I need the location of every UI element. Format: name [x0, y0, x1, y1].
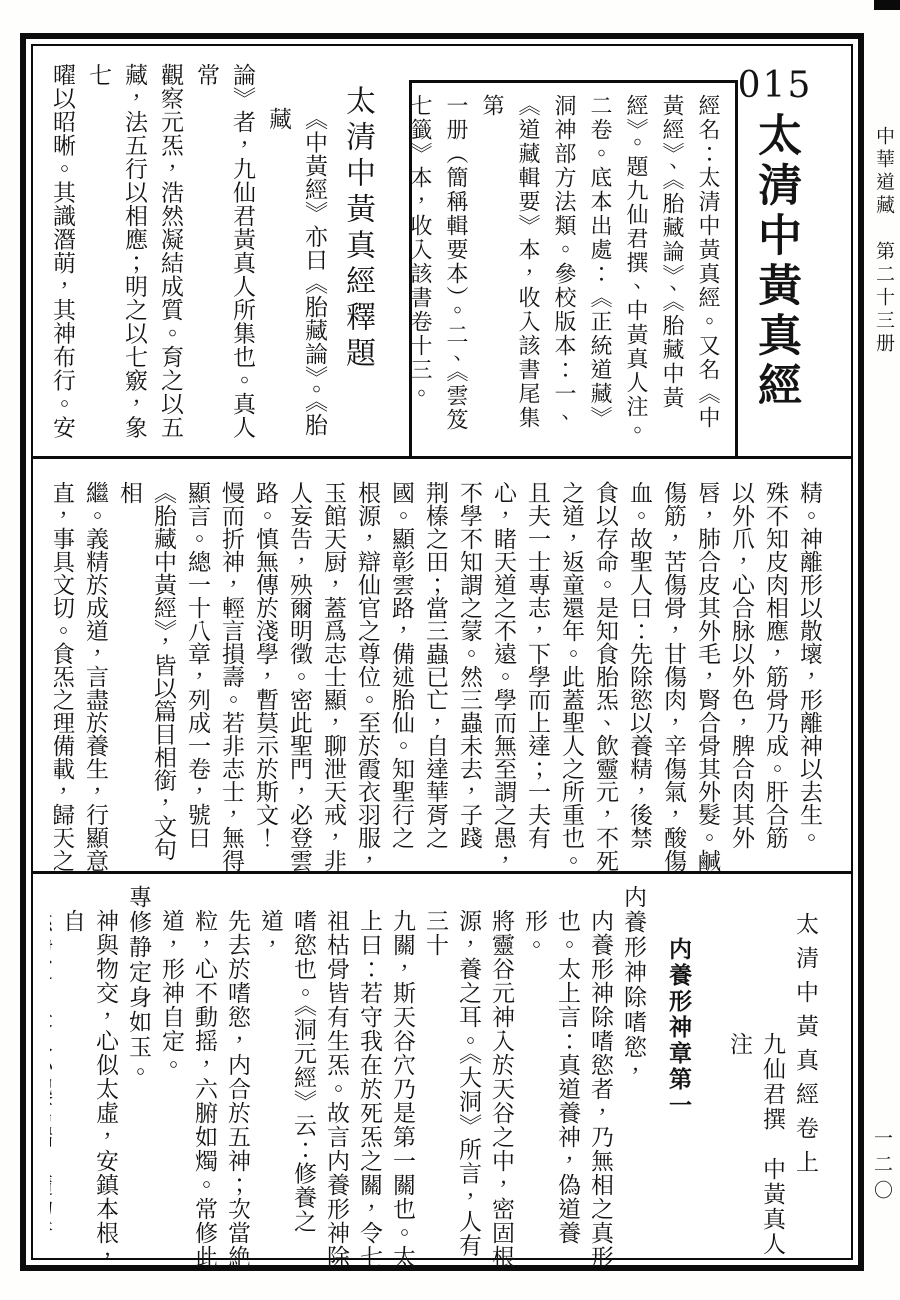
scripture-number: 015 — [726, 65, 824, 106]
text-column: 太清中黃真經卷上 — [789, 885, 822, 1277]
text-column: 路。慎無傳於淺學，暫莫示於斯文！ — [248, 481, 282, 873]
page-content: 015 太清中黃真經 經名：太清中黃真經。又名《中黃經》、《胎藏論》、《胎藏中黃… — [42, 55, 842, 1249]
text-column: 内養形神章第一 — [662, 885, 695, 1277]
text-column: 神與物交，心似太虛，安鎮本根，自 — [56, 885, 122, 1277]
scripture-title: 太清中黃真經 — [727, 112, 823, 412]
explication-section: 太清中黃真經釋題《中黃經》亦曰《胎藏論》。《胎藏論》者，九仙君黃真人所集也。真人… — [52, 63, 386, 456]
text-column: 嗜慾也。《洞元經》云：修養之道， — [254, 885, 320, 1277]
band-divider — [33, 871, 851, 874]
series-volume-label: 中華道藏 第二十三册 — [870, 126, 897, 356]
text-column: 根源，辯仙官之尊位。至於霞衣羽服， — [350, 481, 384, 873]
scan-edge-artifact — [874, 0, 900, 10]
text-column: 傷筋，苦傷骨，甘傷肉，辛傷氣，酸傷 — [656, 481, 690, 873]
infobox-column: 黃經》、《胎藏論》、《胎藏中黃 — [654, 94, 690, 451]
text-column: 上曰：若守我在於死炁之關，令七 — [353, 885, 386, 1277]
text-column: 以外爪，心合脉以外色，脾合肉其外 — [724, 481, 758, 873]
infobox-column: 《道藏輯要》本，收入該書尾集第 — [474, 94, 546, 451]
text-column: 國。顯彰雲路，備述胎仙。知聖行之 — [384, 481, 418, 873]
text-column: 九關，斯天谷穴乃是第一關也。太 — [386, 885, 419, 1277]
text-column: 論》者，九仙君黃真人所集也。真人常 — [188, 63, 260, 456]
bibliographic-note-box: 經名：太清中黃真經。又名《中黃經》、《胎藏論》、《胎藏中黃經》。題九仙君撰、中黃… — [409, 80, 738, 456]
text-column: 不學不知謂之蒙。然三蟲未去，子踐 — [452, 481, 486, 873]
scripture-band: 太清中黃真經卷上九仙君撰 中黃真人注内養形神章第一内養形神除嗜慾，内養形神除嗜慾… — [50, 885, 838, 1277]
infobox-column: 二卷。底本出處：《正統道藏》 — [582, 94, 618, 451]
text-column: 殊不知皮肉相應，筋骨乃成。肝合筋 — [758, 481, 792, 873]
scanned-page: 中華道藏 第二十三册 一二〇 015 太清中黃真經 經名：太清中黃真經。又名《中… — [0, 0, 900, 1300]
text-column: 粒，心不動摇，六腑如燭。常修此 — [188, 885, 221, 1277]
text-column: 藏，法五行以相應；明之以七竅，象七 — [80, 63, 152, 456]
text-column: 《中黃經》亦曰《胎藏論》。《胎藏 — [260, 63, 332, 456]
text-column: 慢而折神，輕言損壽。若非志士，無得 — [214, 481, 248, 873]
infobox-column: 七籤》本，收入該書卷十三。 — [409, 94, 438, 451]
text-column: 直，事具文切。食炁之理備載，歸天之 — [54, 481, 78, 873]
infobox-column: 洞神部方法類。參校版本：一、 — [546, 94, 582, 451]
text-column: 專修静定身如玉。 — [122, 885, 155, 1277]
text-column: 精。神離形以散壞，形離神以去生。 — [792, 481, 826, 873]
text-column: 道，形神自定。 — [155, 885, 188, 1277]
infobox-column: 經名：太清中黃真經。又名《中 — [690, 94, 726, 451]
text-column: 源，養之耳。《大洞》所言，人有三十 — [419, 885, 485, 1277]
text-column: 之道，返童還年。此蓋聖人之所重也。 — [554, 481, 588, 873]
text-column: 内養形神除嗜慾， — [617, 885, 650, 1277]
text-column: 將靈谷元神入於天谷之中，密固根 — [485, 885, 518, 1277]
text-column: 顯言。總一十八章，列成一卷，號曰 — [180, 481, 214, 873]
text-column: 也。太上言：真道養神，偽道養形。 — [518, 885, 584, 1277]
page-frame-inner-border: 015 太清中黃真經 經名：太清中黃真經。又名《中黃經》、《胎藏論》、《胎藏中黃… — [31, 44, 853, 1260]
top-band: 015 太清中黃真經 經名：太清中黃真經。又名《中黃經》、《胎藏論》、《胎藏中黃… — [52, 63, 838, 456]
infobox-column: 經》。題九仙君撰、中黃真人注。 — [618, 94, 654, 451]
text-column: 玉館天厨，蓋爲志士顯，聊泄天戒，非 — [316, 481, 350, 873]
text-column: 血。故聖人曰：先除慾以養精，後禁 — [622, 481, 656, 873]
scripture-title-block: 015 太清中黃真經 — [726, 65, 824, 412]
band-divider — [33, 456, 851, 459]
text-column: 食以存命。是知食胎炁、飲靈元，不死 — [588, 481, 622, 873]
text-column: 心，睹天道之不遠。學而無至謂之愚， — [486, 481, 520, 873]
text-column: 曜以昭晰。其識潛萌，其神布行。安 — [52, 63, 80, 456]
text-column: 内養形神除嗜慾者，乃無相之真形 — [584, 885, 617, 1277]
text-column: 《胎藏中黃經》，皆以篇目相銜，文句相 — [112, 481, 180, 873]
text-column: 九仙君撰 中黃真人注 — [723, 885, 789, 1277]
text-column: 觀察元炁，浩然凝結成質。育之以五 — [152, 63, 188, 456]
page-number: 一二〇 — [868, 1128, 895, 1258]
middle-band: 精。神離形以散壞，形離神以去生。殊不知皮肉相應，筋骨乃成。肝合筋以外爪，心合脉以… — [54, 481, 832, 873]
text-column: 荆榛之田；當三蟲已亡，自達華胥之 — [418, 481, 452, 873]
text-column: 先去於嗜慾，内合於五神；次當絶 — [221, 885, 254, 1277]
text-column: 然静定。夫人心起萬端，隨物所動。 — [50, 885, 56, 1277]
text-column: 唇，肺合皮其外毛，腎合骨其外髮。鹹 — [690, 481, 724, 873]
text-column: 且夫一士專志，下學而上達；一夫有 — [520, 481, 554, 873]
text-column: 人妄告，殃爾明徵。密此聖門，必登雲 — [282, 481, 316, 873]
text-column: 繼。義精於成道，言盡於養生，行顯意 — [78, 481, 112, 873]
page-frame: 015 太清中黃真經 經名：太清中黃真經。又名《中黃經》、《胎藏論》、《胎藏中黃… — [20, 33, 864, 1271]
text-column: 太清中黃真經釋題 — [332, 63, 382, 456]
text-column: 祖枯骨皆有生炁。故言内養形神除 — [320, 885, 353, 1277]
infobox-column: 一册（簡稱輯要本）。二、《雲笈 — [438, 94, 474, 451]
